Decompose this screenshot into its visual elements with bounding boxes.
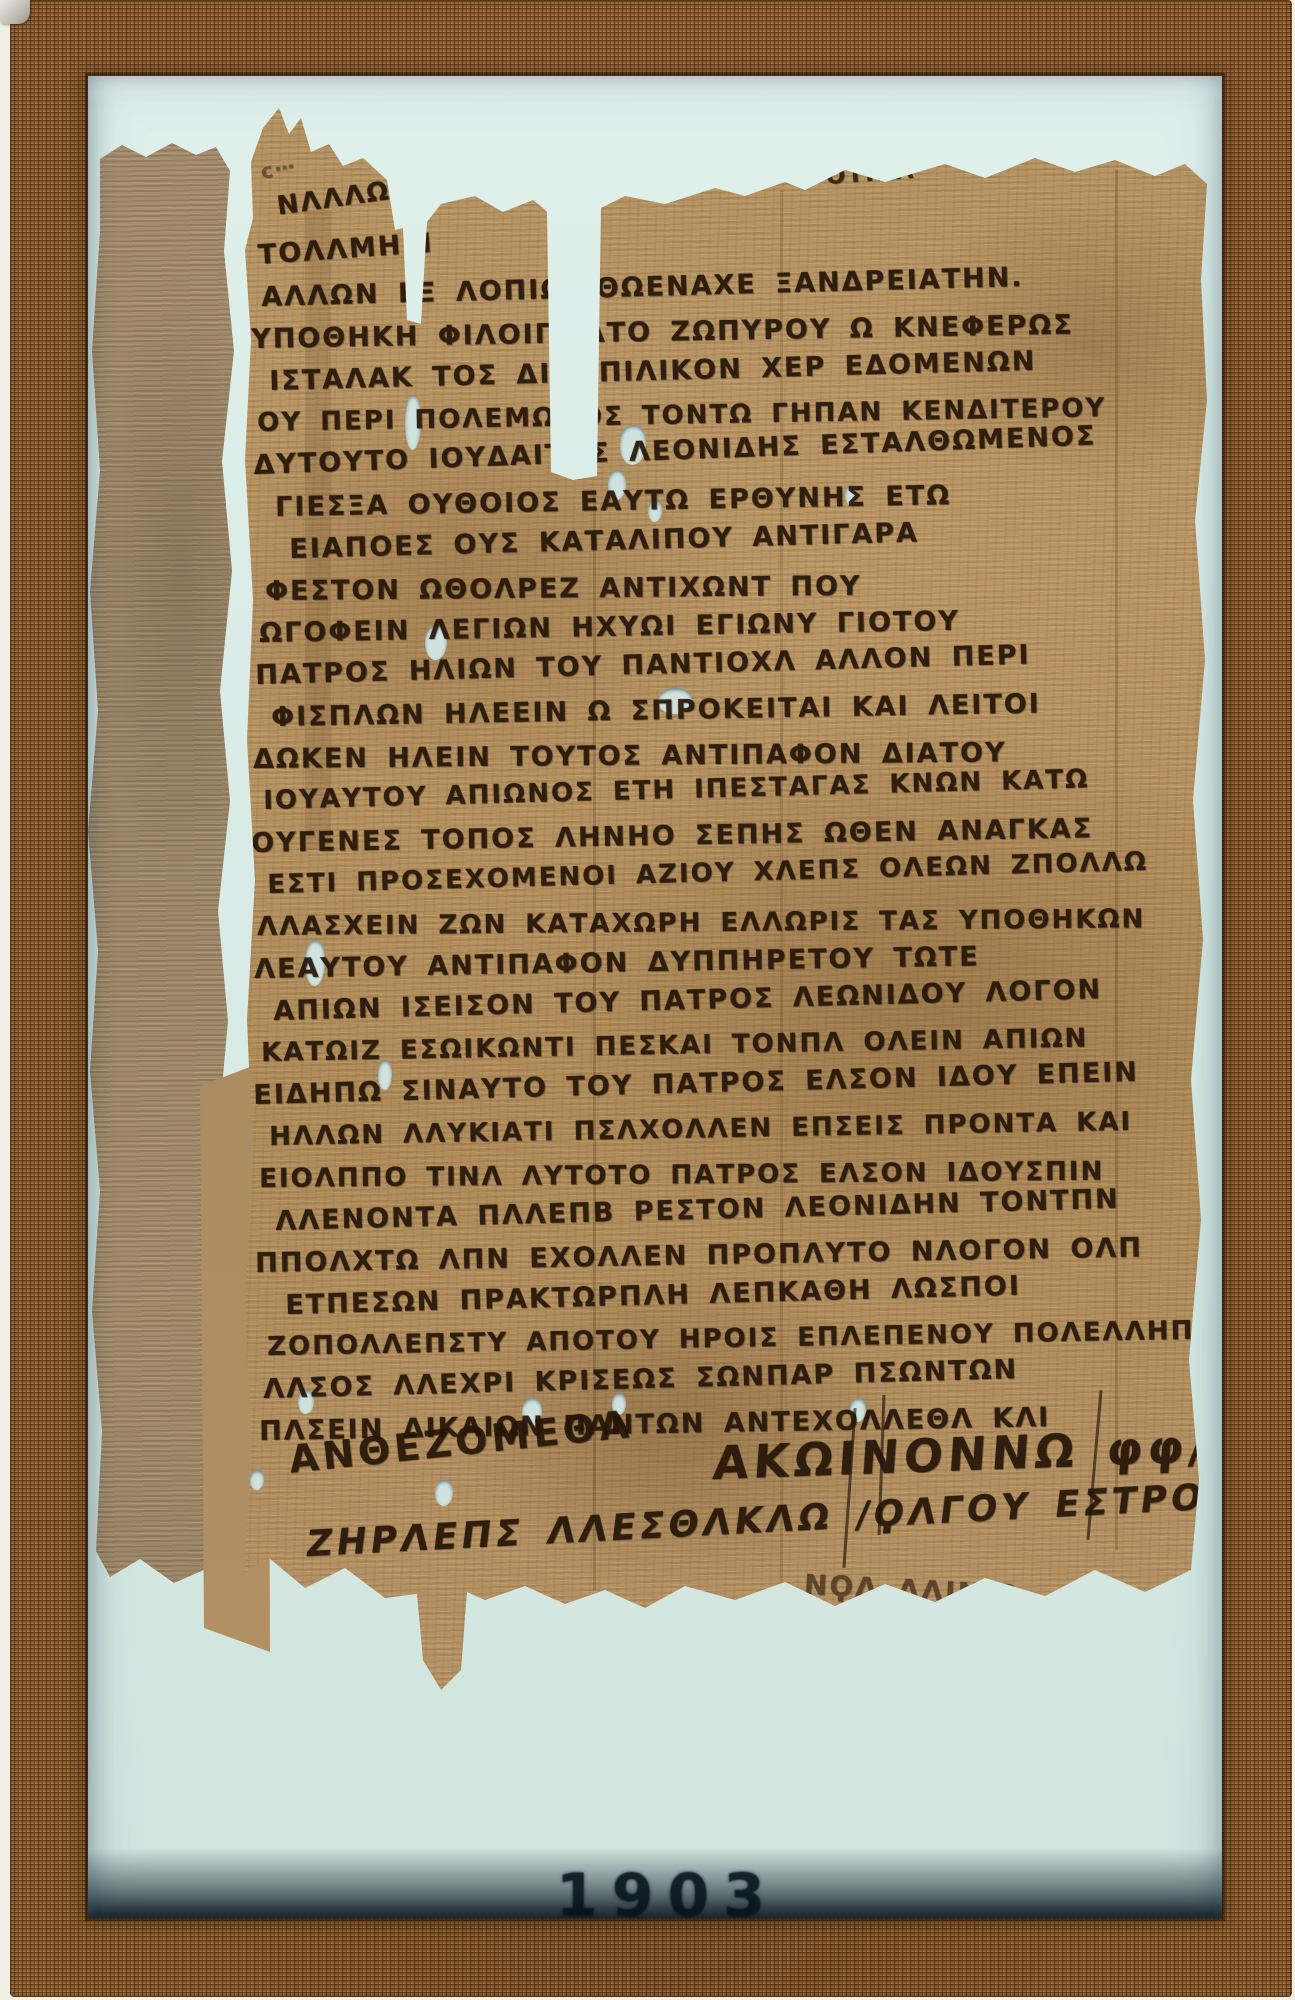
papyrus-text-line: ΙΣΤΑΛΑΚ ΤΟΣ ΔΙΑΠΠΙΛΙΚΟΝ ΧΕΡ ΕΔΟΜΕΝΩΝ — [269, 346, 1037, 397]
papyrus-text-line: ΕΤΠΕΣΩΝ ΠΡΑΚΤΩΡΠΛΗ ΛΕΠΚΑΘΗ ΛΩΣΠΟΙ — [285, 1271, 1021, 1321]
papyrus-text-line: ΖΟΠΟΛΛΕΠΣΤΥ ΑΠΟΤΟΥ ΗΡΟΙΣ ΕΠΛΕΠΕΝΟΥ ΠΟΛΕΛ… — [267, 1316, 1195, 1362]
papyrus-text-line: ΗΛΛΩΝ ΛΛΥΚΙΑΤΙ ΠΣΛΧΟΛΛΕΝ ΕΠΣΕΙΣ ΠΡΟΝΤΑ Κ… — [269, 1107, 1132, 1152]
papyrus-text-line: ΟΤΙΚΛ — [825, 158, 916, 190]
inventory-number: 1903 — [556, 1866, 779, 1918]
papyrus-sheet: ϲ⋯ ΝΛΛΛΩϹ ΙΑΓΩΛΛ ΟΤΙΚΛ ΤΟΛΛΜΗΓΙ ΑΛΛΩΝ ΕΞ… — [245, 100, 1207, 1720]
papyrus-text-line: ΛΛΣΟΣ ΛΛΕΧΡΙ ΚΡΙΣΕΩΣ ΣΩΝΠΑΡ ΠΣΩΝΤΩΝ — [263, 1354, 1019, 1405]
papyrus-text-line: ΓΙΕΣΞΑ ΟΥΘΟΙΟΣ ΕΑΥΤΩ ΕΡΘΥΝΗΣ ΕΤΩ — [275, 480, 951, 523]
papyrus-text-line: ΝϘΛ ΛΛΙΝΙϘ — [803, 1568, 1022, 1612]
papyrus-text-line: ΤΟΛΛΜΗΓΙ — [257, 228, 435, 271]
papyrus-text-line: ΛΛΑΣΧΕΙΝ ΖΩΝ ΚΑΤΑΧΩΡΗ ΕΛΛΩΡΙΣ ΤΑΣ ΥΠΟΘΗΚ… — [257, 904, 1145, 942]
papyrus-text-line: ΙΑΓΩΛΛ — [577, 165, 687, 202]
papyrus-text-line: ΠΑΤΡΟΣ ΗΛΙΩΝ ΤΟΥ ΠΑΝΤΙΟΧΛ ΑΛΛΟΝ ΠΕΡΙ — [255, 640, 1031, 691]
papyrus-text-line: ΦΕΣΤΟΝ ΩΘΟΛΡΕΖ ΑΝΤΙΧΩΝΤ ΠΟΥ — [265, 571, 862, 607]
worm-hole — [435, 1480, 453, 1506]
papyrus-text-line: ΝΛΛΛΩϹ — [275, 173, 413, 222]
mount-window: 1903 ϲ⋯ ΝΛΛΛΩϹ ΙΑΓΩΛΛ ΟΤΙΚΛ ΤΟΛΛΜΗΓΙ ΑΛΛ… — [88, 76, 1222, 1918]
papyrus-text-line: ΕΙΑΠΟΕΣ ΟΥΣ ΚΑΤΑΛΙΠΟΥ ΑΝΤΙΓΑΡΑ — [289, 518, 919, 565]
papyrus-text-line: ΛΕΑΥΤΟΥ ΑΝΤΙΠΑΦΟΝ ΔΥΠΠΗΡΕΤΟΥ ΤΩΤΕ — [254, 941, 980, 985]
papyrus-text-line: ΑΛΛΩΝ ΕΞ ΛΟΠΙΩΙ ΘΩΕΝΑΧΕ ΞΑΝΔΡΕΙΑΤΗΝ. — [261, 262, 1024, 313]
papyrus-text-line: ϲ⋯ — [259, 154, 298, 184]
worm-hole — [250, 1470, 264, 1490]
framed-papyrus-scan: 1903 ϲ⋯ ΝΛΛΛΩϹ ΙΑΓΩΛΛ ΟΤΙΚΛ ΤΟΛΛΜΗΓΙ ΑΛΛ… — [0, 0, 1295, 2000]
papyrus-text-line: ΩΓΟΦΕΙΝ ΛΕΓΙΩΝ ΗΧΥΩΙ ΕΓΙΩΝΥ ΓΙΟΤΟΥ — [259, 606, 960, 649]
papyrus-text-line: ΦΙΣΠΛΩΝ ΗΛΕΕΙΝ Ω ΣΠΡΟΚΕΙΤΑΙ ΚΑΙ ΛΕΙΤΟΙ — [271, 689, 1041, 733]
hanger-clip-icon — [0, 0, 30, 24]
